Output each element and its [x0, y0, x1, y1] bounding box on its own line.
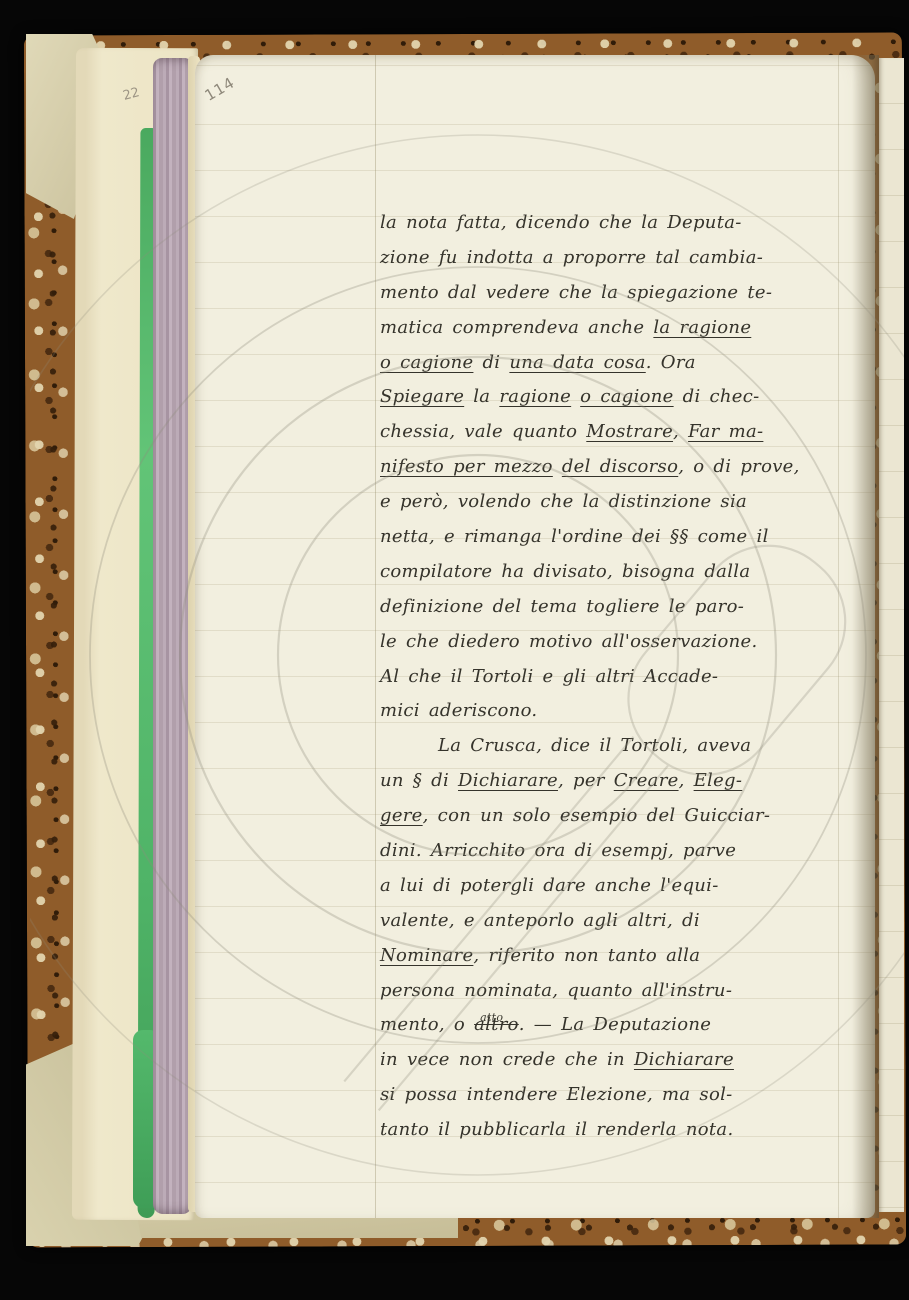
underlined-term: Eleg-: [694, 770, 743, 791]
handwritten-text: la: [464, 386, 499, 407]
underlined-term: Mostrare: [586, 421, 673, 442]
handwritten-text: [571, 386, 580, 407]
underlined-term: Dichiarare: [634, 1049, 734, 1070]
manuscript-line: persona nominata, quanto all'instru-: [380, 974, 858, 1009]
manuscript-line: Al che il Tortoli e gli altri Accade-: [380, 660, 858, 695]
manuscript-line: dini. Arricchito ora di esempj, parve: [380, 834, 858, 869]
underlined-term: o cagione: [580, 386, 673, 407]
handwritten-text: netta, e rimanga l'ordine dei §§ come il: [380, 526, 769, 547]
manuscript-line: un § di Dichiarare, per Creare, Eleg-: [380, 764, 858, 799]
handwritten-text: e però, volendo che la distinzione sia: [380, 491, 747, 512]
handwritten-text: si possa intendere Elezione, ma sol-: [380, 1084, 733, 1105]
handwritten-text: di: [473, 352, 509, 373]
handwritten-text: [553, 456, 562, 477]
handwritten-text: di chec-: [674, 386, 760, 407]
manuscript-line: Spiegare la ragione o cagione di chec-: [380, 380, 858, 415]
underlined-term: Creare: [614, 770, 679, 791]
manuscript-line: le che diedero motivo all'osservazione.: [380, 625, 858, 660]
manuscript-line: gere, con un solo esempio del Guicciar-: [380, 799, 858, 834]
purple-deckle-edge: [153, 58, 191, 1214]
manuscript-line: la nota fatta, dicendo che la Deputa-: [380, 206, 858, 241]
underlined-term: Nominare: [380, 945, 473, 966]
handwritten-text: ,: [679, 770, 694, 791]
handwritten-text: ,: [673, 421, 688, 442]
manuscript-line: mento, o altroatto. — La Deputazione: [380, 1008, 858, 1043]
handwritten-text: , riferito non tanto alla: [473, 945, 700, 966]
handwritten-text: zione fu indotta a proporre tal cambia-: [380, 247, 763, 268]
manuscript-line: Nominare, riferito non tanto alla: [380, 939, 858, 974]
underlined-term: ragione: [499, 386, 571, 407]
underlined-term: gere: [380, 805, 423, 826]
struck-word: altroatto: [474, 1014, 519, 1035]
handwritten-text: un § di: [380, 770, 458, 791]
handwritten-text: , o di prove,: [678, 456, 799, 477]
underlined-term: del discorso: [562, 456, 678, 477]
handwritten-text: La Crusca, dice il Tortoli, aveva: [438, 735, 751, 756]
handwritten-text: . Ora: [646, 352, 696, 373]
manuscript-line: valente, e anteporlo agli altri, di: [380, 904, 858, 939]
handwritten-text: mento, o: [380, 1014, 474, 1035]
underlined-term: una data cosa: [509, 352, 645, 373]
handwritten-text: chessia, vale quanto: [380, 421, 586, 442]
handwritten-text: a lui di potergli dare anche l'equi-: [380, 875, 719, 896]
binding-gutter-shadow: [852, 55, 879, 1218]
manuscript-line: chessia, vale quanto Mostrare, Far ma-: [380, 415, 858, 450]
handwritten-text: matica comprendeva anche: [380, 317, 653, 338]
manuscript-line: mici aderiscono.: [380, 694, 858, 729]
underlined-term: o cagione: [380, 352, 473, 373]
handwritten-text: valente, e anteporlo agli altri, di: [380, 910, 700, 931]
handwritten-text: persona nominata, quanto all'instru-: [380, 980, 732, 1001]
handwritten-text: definizione del tema togliere le paro-: [380, 596, 744, 617]
manuscript-line: tanto il pubblicarla il renderla nota.: [380, 1113, 858, 1148]
manuscript-line: a lui di potergli dare anche l'equi-: [380, 869, 858, 904]
handwritten-text: tanto il pubblicarla il renderla nota.: [380, 1119, 733, 1140]
handwritten-text: mento dal vedere che la spiegazione te-: [380, 282, 772, 303]
interlinear-correction: atto: [480, 1001, 503, 1036]
underlined-term: nifesto per mezzo: [380, 456, 553, 477]
handwritten-text: , per: [558, 770, 614, 791]
manuscript-line: e però, volendo che la distinzione sia: [380, 485, 858, 520]
manuscript-line: nifesto per mezzo del discorso, o di pro…: [380, 450, 858, 485]
manuscript-line: netta, e rimanga l'ordine dei §§ come il: [380, 520, 858, 555]
manuscript-line: in vece non crede che in Dichiarare: [380, 1043, 858, 1078]
handwritten-text: la nota fatta, dicendo che la Deputa-: [380, 212, 742, 233]
underlined-term: Spiegare: [380, 386, 464, 407]
handwritten-text: . — La Deputazione: [519, 1014, 711, 1035]
handwritten-text: compilatore ha divisato, bisogna dalla: [380, 561, 750, 582]
handwritten-text: mici aderiscono.: [380, 700, 537, 721]
handwritten-text: in vece non crede che in: [380, 1049, 634, 1070]
underlined-term: Far ma-: [688, 421, 763, 442]
manuscript-line: mento dal vedere che la spiegazione te-: [380, 276, 858, 311]
manuscript-line: La Crusca, dice il Tortoli, aveva: [380, 729, 858, 764]
manuscript-line: si possa intendere Elezione, ma sol-: [380, 1078, 858, 1113]
handwritten-text: , con un solo esempio del Guicciar-: [423, 805, 771, 826]
manuscript-line: matica comprendeva anche la ragione: [380, 311, 858, 346]
manuscript-line: zione fu indotta a proporre tal cambia-: [380, 241, 858, 276]
underlined-term: Dichiarare: [458, 770, 558, 791]
handwritten-text: le che diedero motivo all'osservazione.: [380, 631, 757, 652]
facing-page-sliver: [879, 58, 904, 1212]
handwritten-text: Al che il Tortoli e gli altri Accade-: [380, 666, 718, 687]
manuscript-line: o cagione di una data cosa. Ora: [380, 346, 858, 381]
manuscript-line: definizione del tema togliere le paro-: [380, 590, 858, 625]
underlined-term: la ragione: [653, 317, 751, 338]
manuscript-scan: 22 114 la nota fatta, dicendo che la Dep…: [0, 0, 909, 1300]
handwritten-text: dini. Arricchito ora di esempj, parve: [380, 840, 736, 861]
manuscript-text: la nota fatta, dicendo che la Deputa-zio…: [380, 206, 858, 1148]
manuscript-line: compilatore ha divisato, bisogna dalla: [380, 555, 858, 590]
